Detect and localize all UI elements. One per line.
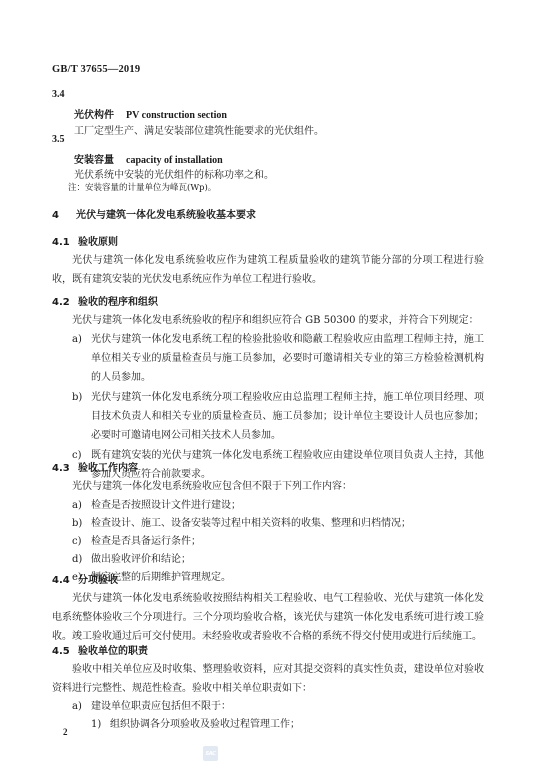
page-number: 2 <box>63 727 68 737</box>
list-text: 光伏与建筑一体化发电系统工程的检验批验收和隐蔽工程验收应由监理工程师主持，施工单… <box>91 330 484 387</box>
section-heading: 4.4分项验收 <box>52 571 118 586</box>
list-label: 1) <box>91 715 101 734</box>
standard-code: GB/T 37655—2019 <box>52 64 140 75</box>
term-entry: 光伏构件PV construction section <box>74 106 227 121</box>
list-item: a) 建设单位职责应包括但不限于： <box>72 697 484 716</box>
section-number: 4.4 <box>52 575 78 586</box>
section-title: 验收工作内容 <box>78 463 138 474</box>
term-definition: 工厂定型生产、满足安装部位建筑性能要求的光伏组件。 <box>74 122 324 137</box>
section-title: 验收单位的职责 <box>78 646 148 657</box>
list-label: a) <box>72 697 82 716</box>
list-text: 检查是否按照设计文件进行建设； <box>91 496 484 515</box>
paragraph: 光伏与建筑一体化发电系统验收的程序和组织应符合 GB 50300 的要求，并符合… <box>52 311 484 330</box>
list-text: 做出验收评价和结论； <box>91 550 484 569</box>
list-label: d) <box>72 550 82 569</box>
paragraph: 验收中相关单位应及时收集、整理验收资料，应对其提交资料的真实性负责，建设单位对验… <box>52 660 484 698</box>
list-item: b) 检查设计、施工、设备安装等过程中相关资料的收集、整理和归档情况； <box>72 514 484 533</box>
list-item: a) 检查是否按照设计文件进行建设； <box>72 496 484 515</box>
list-item: b) 光伏与建筑一体化发电系统分项工程验收应由总监理工程师主持，施工单位项目经理… <box>72 388 484 445</box>
term-note: 注：安装容量的计量单位为峰瓦(Wp)。 <box>68 181 216 193</box>
list-label: b) <box>72 514 82 533</box>
section-title: 分项验收 <box>78 575 118 586</box>
list-text: 检查是否具备运行条件； <box>91 532 484 551</box>
clause-number: 3.5 <box>52 134 65 145</box>
list-item: d) 做出验收评价和结论； <box>72 550 484 569</box>
list-text: 制定完整的后期维护管理规定。 <box>91 568 484 587</box>
term-en: PV construction section <box>126 110 227 121</box>
section-title: 验收的程序和组织 <box>78 297 158 308</box>
list-label: b) <box>72 388 82 407</box>
section-heading: 4.2验收的程序和组织 <box>52 293 158 308</box>
paragraph: 光伏与建筑一体化发电系统验收应作为建筑工程质量验收的建筑节能分部的分项工程进行验… <box>52 251 484 289</box>
list-text: 光伏与建筑一体化发电系统分项工程验收应由总监理工程师主持，施工单位项目经理、项目… <box>91 388 484 445</box>
section-number: 4.2 <box>52 297 78 308</box>
term-definition: 光伏系统中安装的光伏组件的标称功率之和。 <box>74 166 274 181</box>
list-text: 建设单位职责应包括但不限于： <box>91 697 484 716</box>
term-entry: 安装容量capacity of installation <box>74 151 223 166</box>
list-label: c) <box>72 532 82 551</box>
section-heading: 4.3验收工作内容 <box>52 459 138 474</box>
sac-logo-icon: SAC <box>203 746 218 761</box>
paragraph: 光伏与建筑一体化发电系统验收按照结构相关工程验收、电气工程验收、光伏与建筑一体化… <box>52 589 484 646</box>
clause-number: 3.4 <box>52 89 65 100</box>
section-heading: 4.1验收原则 <box>52 233 118 248</box>
list-text: 检查设计、施工、设备安装等过程中相关资料的收集、整理和归档情况； <box>91 514 484 533</box>
sub-list-item: 1) 组织协调各分项验收及验收过程管理工作； <box>91 715 484 734</box>
section-number: 4.1 <box>52 237 78 248</box>
chapter-number: 4 <box>52 210 76 221</box>
list-label: a) <box>72 496 82 515</box>
chapter-title: 光伏与建筑一体化发电系统验收基本要求 <box>76 210 256 221</box>
term-zh: 安装容量 <box>74 155 114 166</box>
section-title: 验收原则 <box>78 237 118 248</box>
list-item: a) 光伏与建筑一体化发电系统工程的检验批验收和隐蔽工程验收应由监理工程师主持，… <box>72 330 484 387</box>
section-number: 4.3 <box>52 463 78 474</box>
term-zh: 光伏构件 <box>74 110 114 121</box>
list-text: 组织协调各分项验收及验收过程管理工作； <box>110 715 484 734</box>
chapter-heading: 4光伏与建筑一体化发电系统验收基本要求 <box>52 206 256 221</box>
paragraph: 光伏与建筑一体化发电系统验收应包含但不限于下列工作内容： <box>52 477 484 496</box>
section-heading: 4.5验收单位的职责 <box>52 642 148 657</box>
list-label: a) <box>72 330 82 349</box>
list-item: e) 制定完整的后期维护管理规定。 <box>72 568 484 587</box>
term-en: capacity of installation <box>126 155 223 166</box>
section-number: 4.5 <box>52 646 78 657</box>
list-item: c) 检查是否具备运行条件； <box>72 532 484 551</box>
